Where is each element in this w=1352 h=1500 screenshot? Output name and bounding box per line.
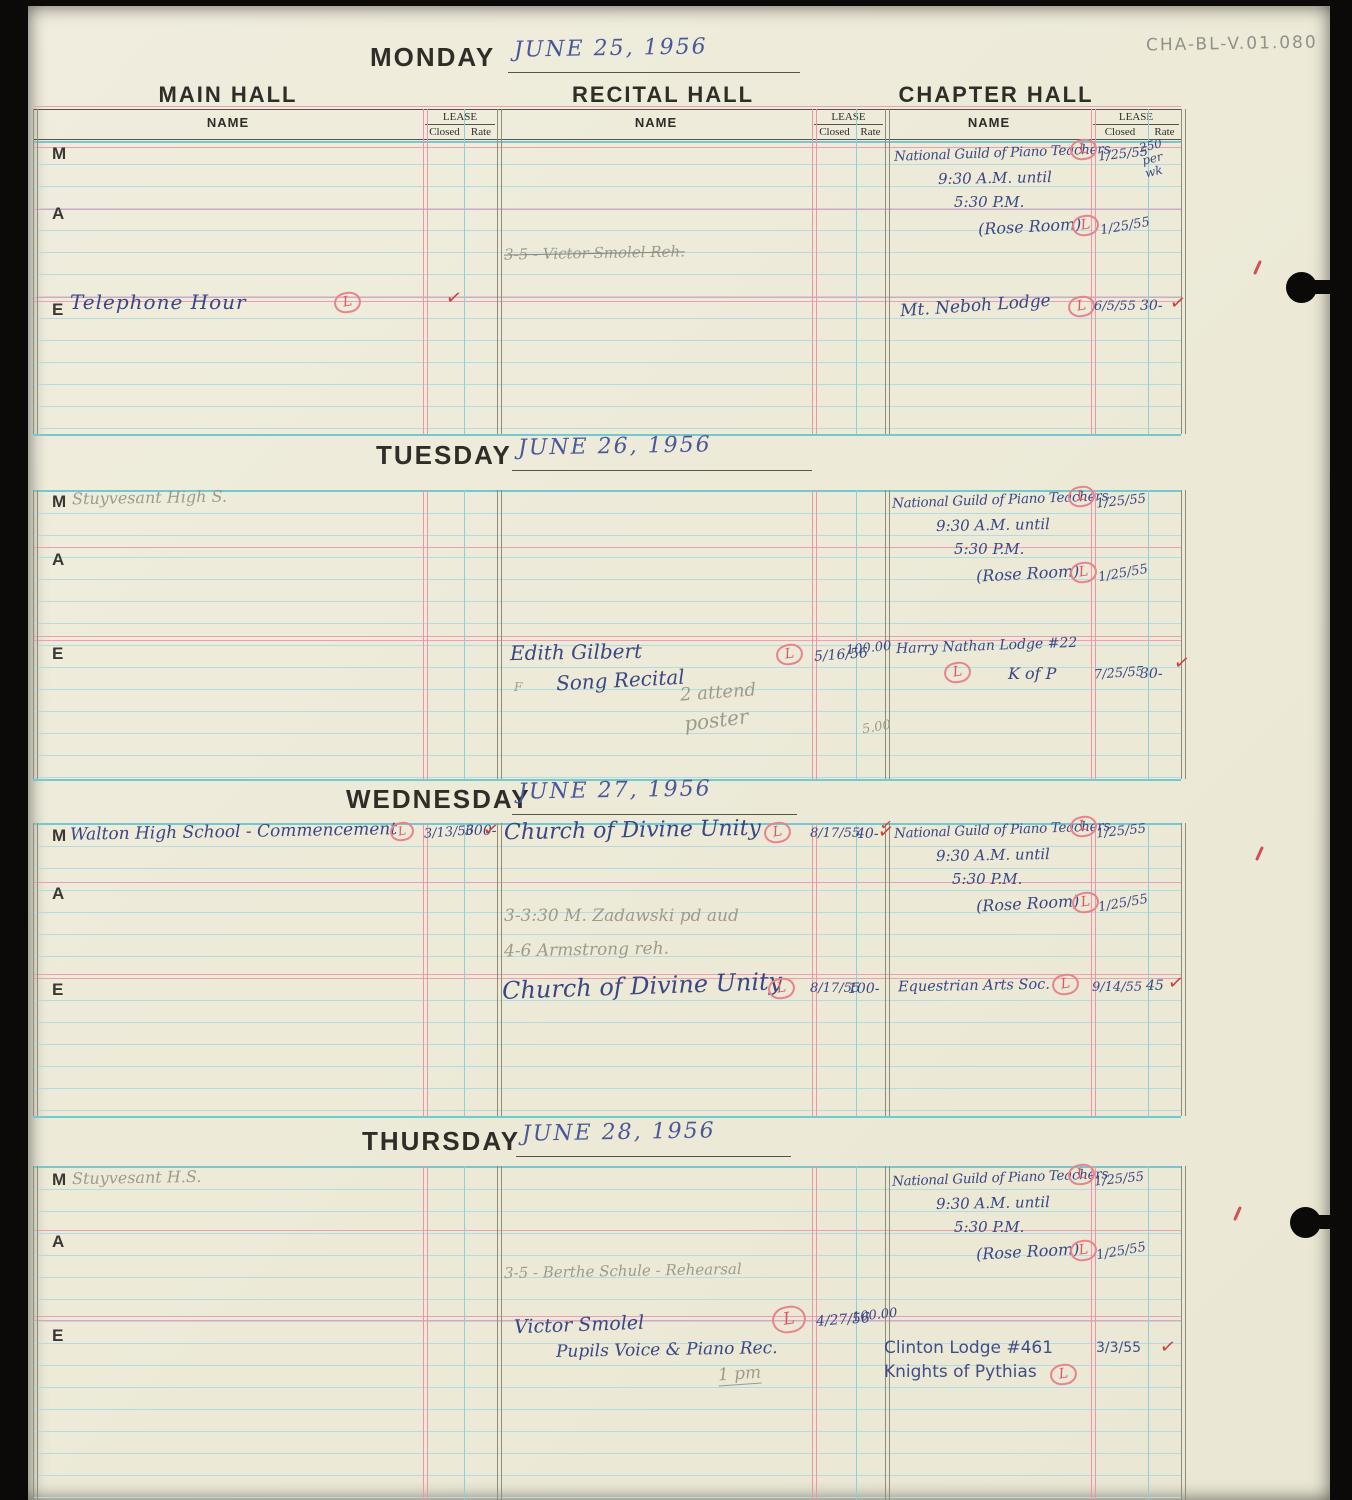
column-divider bbox=[497, 490, 502, 779]
entry-text: Pupils Voice & Piano Rec. bbox=[556, 1338, 778, 1362]
column-divider bbox=[423, 1166, 428, 1500]
entry-text: Stuyvesant High S. bbox=[72, 487, 227, 509]
col-header-lease: LEASE bbox=[814, 111, 883, 123]
column-divider bbox=[423, 490, 428, 779]
entry-text: 5:30 P.M. bbox=[954, 540, 1024, 558]
column-divider bbox=[856, 1166, 857, 1500]
entry-text: 5:30 P.M. bbox=[954, 1218, 1024, 1236]
entry-text: 4-6 Armstrong reh. bbox=[504, 939, 669, 962]
column-divider bbox=[1181, 1166, 1186, 1500]
col-header-name: NAME bbox=[889, 115, 1089, 130]
column-divider bbox=[1148, 823, 1149, 1116]
column-divider bbox=[1181, 823, 1186, 1116]
check-icon: ✓ bbox=[1172, 651, 1191, 675]
lease-rate: 45 bbox=[1146, 978, 1164, 994]
entry-text: 5:30 P.M. bbox=[954, 193, 1024, 211]
column-divider bbox=[33, 823, 38, 1116]
column-divider bbox=[497, 1166, 502, 1500]
column-divider bbox=[1148, 490, 1149, 779]
col-header-name: NAME bbox=[33, 115, 423, 130]
lease-closed-date: 9/14/55 bbox=[1092, 980, 1142, 995]
column-divider bbox=[33, 1166, 38, 1500]
column-divider bbox=[1181, 490, 1186, 779]
entry-text: Equestrian Arts Soc. bbox=[898, 977, 1050, 996]
column-divider bbox=[812, 823, 817, 1116]
column-divider bbox=[1148, 1166, 1149, 1500]
entry-text: 1 pm bbox=[717, 1363, 762, 1387]
section-border bbox=[33, 1116, 1181, 1118]
row-label-morning: M bbox=[52, 826, 66, 846]
day-title-wednesday: WEDNESDAY bbox=[346, 784, 531, 815]
entry-text: 5:30 P.M. bbox=[952, 870, 1022, 888]
day-date-thursday: JUNE 28, 1956 bbox=[522, 1118, 716, 1146]
col-header-closed: Closed bbox=[1093, 126, 1147, 138]
entry-text: K of P bbox=[1008, 664, 1056, 683]
row-label-morning: M bbox=[52, 144, 66, 164]
column-divider bbox=[33, 109, 38, 434]
lease-rate: 30- bbox=[1140, 666, 1163, 682]
col-header-lease: LEASE bbox=[425, 111, 495, 123]
ink-mark bbox=[1253, 260, 1262, 275]
entry-text: 9:30 A.M. until bbox=[936, 845, 1050, 865]
check-icon: ✓ bbox=[1166, 971, 1185, 995]
row-divider bbox=[33, 139, 1181, 140]
schedule-grid bbox=[33, 823, 1181, 1118]
day-title-tuesday: TUESDAY bbox=[376, 440, 512, 471]
entry-text: Church of Divine Unity bbox=[504, 816, 761, 845]
check-icon: ✓ bbox=[481, 818, 500, 842]
entry-text: Stuyvesant H.S. bbox=[72, 1167, 202, 1188]
date-underline bbox=[512, 814, 797, 815]
check-icon: ✓ bbox=[1168, 291, 1187, 315]
entry-text: F bbox=[514, 680, 522, 694]
column-divider bbox=[464, 109, 465, 434]
column-divider bbox=[885, 109, 890, 434]
column-divider bbox=[497, 823, 502, 1116]
column-divider bbox=[423, 823, 428, 1116]
day-date-tuesday: JUNE 26, 1956 bbox=[518, 432, 712, 460]
date-underline bbox=[512, 470, 812, 471]
col-header-lease: LEASE bbox=[1093, 111, 1179, 123]
col-header-rate: Rate bbox=[857, 126, 884, 138]
check-icon: ✓ bbox=[1158, 1335, 1177, 1359]
hall-title-recital: RECITAL HALL bbox=[563, 82, 763, 108]
lease-divider bbox=[814, 124, 883, 125]
scan-background: CHA-BL-V.01.080 MONDAY JUNE 25, 1956 MAI… bbox=[0, 0, 1352, 1500]
column-divider bbox=[856, 823, 857, 1116]
column-divider bbox=[856, 490, 857, 779]
row-divider bbox=[33, 109, 1181, 110]
col-header-closed: Closed bbox=[425, 126, 464, 138]
column-divider bbox=[812, 1166, 817, 1500]
column-divider bbox=[497, 109, 502, 434]
lease-rate: 40- bbox=[856, 826, 879, 842]
row-divider bbox=[33, 106, 1181, 107]
column-divider bbox=[885, 1166, 890, 1500]
row-label-afternoon: A bbox=[52, 204, 64, 224]
column-divider bbox=[423, 109, 428, 434]
row-label-afternoon: A bbox=[52, 550, 64, 570]
entry-text: Victor Smolel bbox=[514, 1312, 645, 1339]
day-title-thursday: THURSDAY bbox=[362, 1126, 520, 1157]
day-title-monday: MONDAY bbox=[370, 42, 495, 73]
col-header-name: NAME bbox=[501, 115, 811, 130]
column-divider bbox=[1091, 823, 1096, 1116]
column-divider bbox=[812, 490, 817, 779]
ink-mark bbox=[1233, 1206, 1242, 1221]
day-date-monday: JUNE 25, 1956 bbox=[514, 34, 708, 62]
lease-closed-date: 6/5/55 bbox=[1094, 299, 1136, 314]
row-label-evening: E bbox=[52, 980, 63, 1000]
column-divider bbox=[1181, 109, 1186, 434]
row-label-evening: E bbox=[52, 300, 63, 320]
hall-title-main: MAIN HALL bbox=[128, 82, 328, 108]
lease-rate: 100- bbox=[848, 981, 879, 997]
row-label-afternoon: A bbox=[52, 884, 64, 904]
row-label-morning: M bbox=[52, 492, 66, 512]
punch-hole bbox=[1290, 1207, 1321, 1238]
day-date-wednesday: JUNE 27, 1956 bbox=[518, 776, 712, 804]
entry-text-cancelled: 3-5 - Victor Smolel Reh. bbox=[504, 242, 685, 263]
lease-divider bbox=[1093, 124, 1179, 125]
ink-mark bbox=[1255, 846, 1264, 861]
punch-hole bbox=[1286, 272, 1317, 303]
entry-text: Telephone Hour bbox=[70, 290, 247, 314]
column-divider bbox=[812, 109, 817, 434]
column-divider bbox=[464, 1166, 465, 1500]
column-divider bbox=[1091, 490, 1096, 779]
entry-text: 9:30 A.M. until bbox=[936, 515, 1050, 535]
column-divider bbox=[33, 490, 38, 779]
check-icon: ✓ bbox=[444, 286, 463, 310]
archive-code: CHA-BL-V.01.080 bbox=[1146, 33, 1318, 56]
row-label-evening: E bbox=[52, 1326, 63, 1346]
lease-divider bbox=[425, 124, 495, 125]
lease-closed-date: 3/3/55 bbox=[1096, 1340, 1141, 1356]
row-label-afternoon: A bbox=[52, 1232, 64, 1252]
column-divider bbox=[885, 823, 890, 1116]
hall-title-chapter: CHAPTER HALL bbox=[896, 82, 1096, 108]
entry-text: 3-3:30 M. Zadawski pd aud bbox=[504, 906, 739, 926]
entry-text: 9:30 A.M. until bbox=[938, 168, 1052, 188]
row-label-morning: M bbox=[52, 1170, 66, 1190]
column-divider bbox=[856, 109, 857, 434]
column-divider bbox=[464, 490, 465, 779]
column-divider bbox=[464, 823, 465, 1116]
lease-closed-date: 8/17/55 bbox=[810, 826, 860, 841]
date-underline bbox=[516, 1156, 791, 1157]
ledger-page: CHA-BL-V.01.080 MONDAY JUNE 25, 1956 MAI… bbox=[28, 6, 1330, 1500]
row-label-evening: E bbox=[52, 644, 63, 664]
column-divider bbox=[885, 490, 890, 779]
lease-rate: 30- bbox=[1140, 298, 1163, 314]
entry-text: 9:30 A.M. until bbox=[936, 1193, 1050, 1213]
col-header-rate: Rate bbox=[466, 126, 496, 138]
entry-text: Edith Gilbert bbox=[510, 639, 642, 665]
column-divider bbox=[1091, 1166, 1096, 1500]
col-header-closed: Closed bbox=[814, 126, 855, 138]
entry-text: Knights of Pythias bbox=[884, 1362, 1037, 1382]
entry-text: Clinton Lodge #461 bbox=[884, 1338, 1053, 1358]
date-underline bbox=[508, 72, 800, 73]
